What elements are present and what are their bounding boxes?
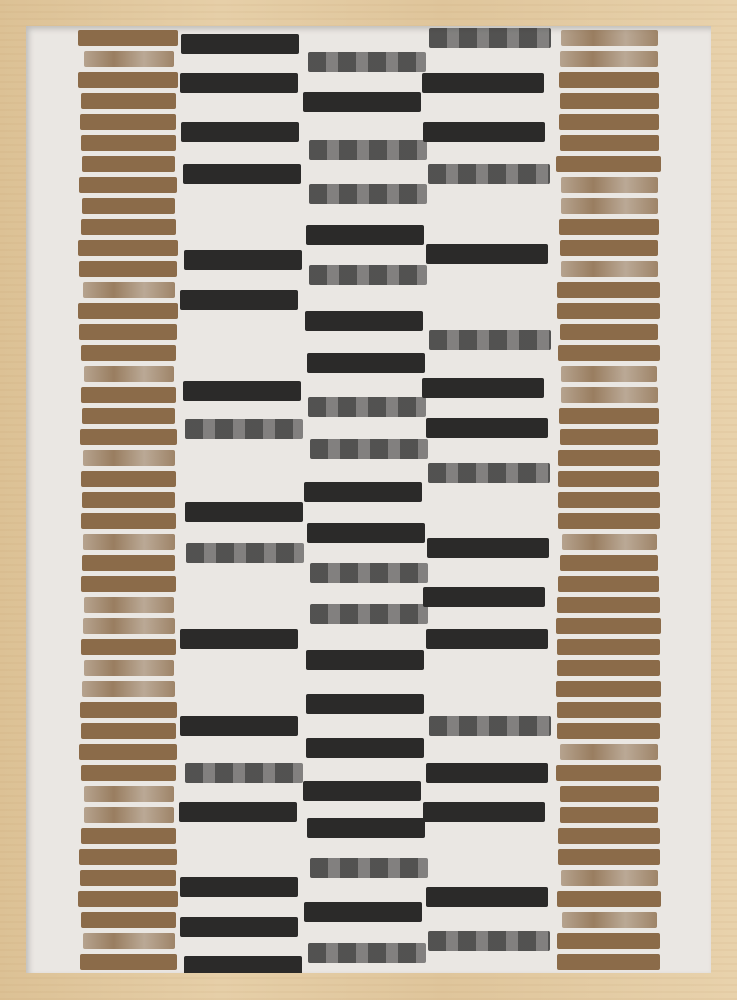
- brown-stroke: [81, 576, 176, 592]
- brown-stroke: [81, 93, 175, 109]
- brown-stroke: [82, 408, 176, 424]
- brown-stroke: [561, 30, 657, 46]
- brown-stroke: [556, 765, 661, 781]
- black-stroke: [183, 164, 301, 184]
- black-stroke: [303, 92, 421, 112]
- brown-stroke: [557, 660, 660, 676]
- brown-stroke: [81, 345, 177, 361]
- brown-stroke: [559, 408, 659, 424]
- brown-stroke: [79, 849, 177, 865]
- black-stroke: [185, 419, 303, 439]
- black-stroke: [304, 902, 422, 922]
- brown-stroke: [81, 765, 175, 781]
- black-stroke: [309, 265, 427, 285]
- brown-stroke: [81, 639, 175, 655]
- brown-stroke: [79, 177, 177, 193]
- black-stroke: [306, 650, 424, 670]
- black-stroke: [307, 818, 425, 838]
- brown-stroke: [559, 114, 659, 130]
- brown-stroke: [82, 198, 175, 214]
- brown-stroke: [78, 72, 177, 88]
- brown-stroke: [83, 450, 175, 466]
- brown-stroke: [83, 534, 174, 550]
- brown-stroke: [78, 240, 178, 256]
- brown-stroke: [561, 870, 658, 886]
- brown-stroke: [561, 198, 657, 214]
- black-stroke: [309, 184, 427, 204]
- brown-stroke: [557, 282, 660, 298]
- brown-stroke: [560, 135, 659, 151]
- brown-stroke: [83, 618, 175, 634]
- black-stroke: [307, 353, 425, 373]
- brown-stroke: [82, 492, 175, 508]
- black-stroke: [309, 140, 427, 160]
- brown-stroke: [84, 660, 174, 676]
- brown-stroke: [560, 744, 658, 760]
- brown-stroke: [558, 345, 659, 361]
- black-stroke: [306, 738, 424, 758]
- brown-stroke: [82, 156, 176, 172]
- brown-stroke: [83, 282, 175, 298]
- brown-stroke: [84, 807, 175, 823]
- brown-stroke: [78, 891, 177, 907]
- brown-stroke: [560, 429, 659, 445]
- black-stroke: [310, 563, 428, 583]
- black-stroke: [306, 225, 424, 245]
- black-stroke: [429, 28, 551, 48]
- black-stroke: [310, 858, 428, 878]
- brown-stroke: [82, 555, 175, 571]
- black-stroke: [428, 931, 550, 951]
- brown-stroke: [558, 576, 659, 592]
- brown-stroke: [84, 786, 174, 802]
- black-stroke: [310, 439, 428, 459]
- brown-stroke: [559, 72, 658, 88]
- brown-stroke: [80, 954, 177, 970]
- black-stroke: [423, 802, 545, 822]
- brown-stroke: [84, 366, 175, 382]
- brown-stroke: [560, 807, 659, 823]
- brown-stroke: [558, 450, 659, 466]
- black-stroke: [423, 587, 545, 607]
- brown-stroke: [78, 303, 178, 319]
- brown-stroke: [558, 471, 659, 487]
- black-stroke: [308, 52, 426, 72]
- black-stroke: [303, 781, 421, 801]
- black-stroke: [184, 250, 302, 270]
- brown-stroke: [562, 534, 657, 550]
- brown-stroke: [81, 135, 176, 151]
- brown-stroke: [80, 114, 176, 130]
- brown-stroke: [557, 954, 660, 970]
- brown-stroke: [556, 681, 660, 697]
- brown-stroke: [82, 681, 175, 697]
- black-stroke: [185, 763, 303, 783]
- brown-stroke: [560, 93, 659, 109]
- brown-stroke: [80, 702, 177, 718]
- black-stroke: [180, 290, 298, 310]
- black-stroke: [185, 502, 303, 522]
- black-stroke: [426, 244, 548, 264]
- brown-stroke: [556, 618, 661, 634]
- black-stroke: [423, 122, 545, 142]
- black-stroke: [180, 917, 298, 937]
- black-stroke: [306, 694, 424, 714]
- black-stroke: [426, 763, 548, 783]
- brown-stroke: [561, 177, 658, 193]
- brown-stroke: [560, 786, 659, 802]
- black-stroke: [426, 629, 548, 649]
- black-stroke: [429, 716, 551, 736]
- black-stroke: [186, 543, 304, 563]
- black-stroke: [429, 330, 551, 350]
- brown-stroke: [560, 51, 658, 67]
- brown-stroke: [79, 261, 177, 277]
- art-print: [26, 26, 711, 973]
- black-stroke: [308, 943, 426, 963]
- black-stroke: [181, 34, 299, 54]
- brown-stroke: [560, 555, 658, 571]
- brown-stroke: [562, 912, 657, 928]
- black-stroke: [427, 538, 549, 558]
- brown-stroke: [557, 639, 660, 655]
- brown-stroke: [558, 828, 660, 844]
- black-stroke: [428, 463, 550, 483]
- brown-stroke: [81, 513, 175, 529]
- black-stroke: [183, 381, 301, 401]
- brown-stroke: [81, 387, 177, 403]
- black-stroke: [310, 604, 428, 624]
- brown-stroke: [557, 723, 660, 739]
- black-stroke: [305, 311, 423, 331]
- brown-stroke: [79, 744, 177, 760]
- black-stroke: [428, 164, 550, 184]
- black-stroke: [422, 73, 544, 93]
- brown-stroke: [557, 891, 661, 907]
- brown-stroke: [557, 702, 661, 718]
- brown-stroke: [561, 261, 658, 277]
- black-stroke: [180, 629, 298, 649]
- black-stroke: [422, 378, 544, 398]
- brown-stroke: [81, 912, 176, 928]
- brown-stroke: [561, 366, 657, 382]
- brown-stroke: [81, 471, 175, 487]
- brown-stroke: [558, 513, 660, 529]
- brown-stroke: [557, 933, 661, 949]
- black-stroke: [179, 802, 297, 822]
- black-stroke: [181, 122, 299, 142]
- brown-stroke: [561, 387, 658, 403]
- brown-stroke: [78, 30, 178, 46]
- brown-stroke: [556, 156, 661, 172]
- brown-stroke: [559, 219, 658, 235]
- brown-stroke: [557, 303, 661, 319]
- brown-stroke: [80, 429, 177, 445]
- brown-stroke: [81, 723, 177, 739]
- brown-stroke: [81, 828, 176, 844]
- black-stroke: [307, 523, 425, 543]
- brown-stroke: [84, 51, 175, 67]
- black-stroke: [184, 956, 302, 973]
- brown-stroke: [83, 933, 175, 949]
- brown-stroke: [560, 324, 658, 340]
- brown-stroke: [557, 597, 660, 613]
- black-stroke: [308, 397, 426, 417]
- black-stroke: [426, 887, 548, 907]
- brown-stroke: [558, 849, 660, 865]
- black-stroke: [304, 482, 422, 502]
- brown-stroke: [79, 324, 177, 340]
- brown-stroke: [560, 240, 659, 256]
- black-stroke: [180, 73, 298, 93]
- brown-stroke: [80, 870, 176, 886]
- brown-stroke: [84, 597, 174, 613]
- black-stroke: [426, 418, 548, 438]
- black-stroke: [180, 877, 298, 897]
- brown-stroke: [81, 219, 176, 235]
- black-stroke: [180, 716, 298, 736]
- brown-stroke: [558, 492, 660, 508]
